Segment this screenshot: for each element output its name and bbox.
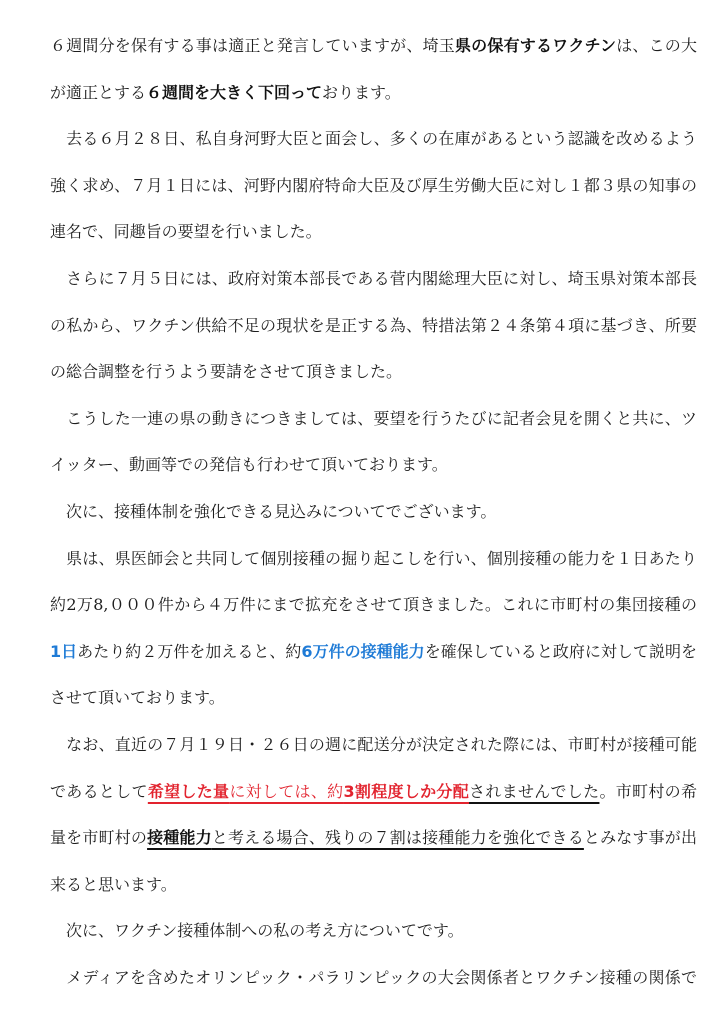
text-line: 量を市町村の接種能力と考える場合、残りの７割は接種能力を強化できるとみなす事が出 <box>50 815 697 862</box>
text-segment: おります。 <box>322 83 401 102</box>
text-line: ６週間分を保有する事は適正と発言していますが、埼玉県の保有するワクチンは、この大… <box>50 23 697 70</box>
text-line: であるとして希望した量に対しては、約3割程度しか分配されませんでした。市町村の希… <box>50 769 697 816</box>
text-line: 次に、ワクチン接種体制への私の考え方についてです。 <box>50 908 697 955</box>
text-line: 去る６月２８日、私自身河野大臣と面会し、多くの在庫があるという認識を改めるよう <box>50 116 697 163</box>
emphasis-bold-underlined: 接種能力 <box>147 828 212 847</box>
text-line: 県は、県医師会と共同して個別接種の掘り起こしを行い、個別接種の能力を１日あたり <box>50 536 697 583</box>
text-segment: 来ると思います。 <box>50 875 177 894</box>
text-line: さらに７月５日には、政府対策本部長である菅内閣総理大臣に対し、埼玉県対策本部長 <box>50 256 697 303</box>
text-line: 強く求め、７月１日には、河野内閣府特命大臣及び厚生労働大臣に対し１都３県の知事の <box>50 163 697 210</box>
document-page: ６週間分を保有する事は適正と発言していますが、埼玉県の保有するワクチンは、この大… <box>50 23 697 1001</box>
text-line: の総合調整を行うよう要請をさせて頂きました。 <box>50 349 697 396</box>
text-segment: 量を市町村の <box>50 828 147 847</box>
highlight-red-underlined: 希望した量 <box>148 782 230 801</box>
text-segment: なお、直近の７月１９日・２６日の週に配送分が決定された際には、市町村が接種可能 <box>50 735 697 754</box>
paragraph-vaccination-capacity: 県は、県医師会と共同して個別接種の掘り起こしを行い、個別接種の能力を１日あたり … <box>50 536 697 722</box>
highlight-red-underlined: に対しては、約 <box>229 782 343 801</box>
highlight-red-underlined: 3割程度しか分配 <box>343 782 469 801</box>
text-line: メディアを含めたオリンピック・パラリンピックの大会関係者とワクチン接種の関係で <box>50 955 697 1002</box>
text-line: なお、直近の７月１９日・２６日の週に配送分が決定された際には、市町村が接種可能 <box>50 722 697 769</box>
text-segment: が適正とする <box>50 83 146 102</box>
text-line: させて頂いております。 <box>50 675 697 722</box>
text-segment: あたり約２万件を加えると、約 <box>77 642 301 661</box>
text-segment: こうした一連の県の動きにつきましては、要望を行うたびに記者会見を開くと共に、ツ <box>50 409 697 428</box>
text-line: 約2万8,０００件から４万件にまで拡充をさせて頂きました。これに市町村の集団接種… <box>50 582 697 629</box>
paragraph-allocation-shortfall: なお、直近の７月１９日・２６日の週に配送分が決定された際には、市町村が接種可能 … <box>50 722 697 908</box>
paragraph-press-activity: こうした一連の県の動きにつきましては、要望を行うたびに記者会見を開くと共に、ツ … <box>50 396 697 489</box>
underlined-text: と考える場合、残りの７割は接種能力を強化できる <box>212 828 584 847</box>
text-segment: メディアを含めたオリンピック・パラリンピックの大会関係者とワクチン接種の関係で <box>50 968 697 987</box>
text-segment: ６週間分を保有する事は適正と発言していますが、埼玉 <box>50 36 455 55</box>
text-segment: 約2万8,０００件から４万件にまで拡充をさせて頂きました。これに市町村の集団接種… <box>50 595 697 614</box>
text-line: 次に、接種体制を強化できる見込みについてでございます。 <box>50 489 697 536</box>
paragraph-june-28-meeting: 去る６月２８日、私自身河野大臣と面会し、多くの在庫があるという認識を改めるよう … <box>50 116 697 256</box>
emphasis-bold: ６週間を大きく下回って <box>146 83 322 102</box>
text-segment: を確保していると政府に対して説明を <box>425 642 697 661</box>
paragraph-next-topic-policy: 次に、ワクチン接種体制への私の考え方についてです。 <box>50 908 697 955</box>
text-segment: イッター、動画等での発信も行わせて頂いております。 <box>50 455 448 474</box>
text-segment: とみなす事が出 <box>584 828 697 847</box>
text-segment: 去る６月２８日、私自身河野大臣と面会し、多くの在庫があるという認識を改めるよう <box>50 129 697 148</box>
text-line: イッター、動画等での発信も行わせて頂いております。 <box>50 442 697 489</box>
text-segment: 次に、ワクチン接種体制への私の考え方についてです。 <box>50 921 464 940</box>
highlight-blue: 1日 <box>50 642 77 661</box>
paragraph-olympics-media: メディアを含めたオリンピック・パラリンピックの大会関係者とワクチン接種の関係で <box>50 955 697 1002</box>
text-segment: 連名で、同趣旨の要望を行いました。 <box>50 222 322 241</box>
emphasis-bold: 県の保有するワクチン <box>455 36 616 55</box>
text-segment: であるとして <box>50 782 148 801</box>
text-line: 来ると思います。 <box>50 862 697 909</box>
text-segment: の総合調整を行うよう要請をさせて頂きました。 <box>50 362 402 381</box>
text-line: こうした一連の県の動きにつきましては、要望を行うたびに記者会見を開くと共に、ツ <box>50 396 697 443</box>
text-segment: 次に、接種体制を強化できる見込みについてでございます。 <box>50 502 496 521</box>
highlight-blue: 6万件の接種能力 <box>301 642 424 661</box>
text-line: が適正とする６週間を大きく下回っております。 <box>50 70 697 117</box>
text-segment: 強く求め、７月１日には、河野内閣府特命大臣及び厚生労働大臣に対し１都３県の知事の <box>50 176 697 195</box>
text-segment: の私から、ワクチン供給不足の現状を是正する為、特措法第２４条第４項に基づき、所要 <box>50 316 697 335</box>
text-segment: 県は、県医師会と共同して個別接種の掘り起こしを行い、個別接種の能力を１日あたり <box>50 549 697 568</box>
paragraph-july-5-request: さらに７月５日には、政府対策本部長である菅内閣総理大臣に対し、埼玉県対策本部長 … <box>50 256 697 396</box>
text-line: の私から、ワクチン供給不足の現状を是正する為、特措法第２４条第４項に基づき、所要 <box>50 303 697 350</box>
underlined-text: されませんでした <box>469 782 599 801</box>
text-segment: させて頂いております。 <box>50 688 225 707</box>
text-segment: さらに７月５日には、政府対策本部長である菅内閣総理大臣に対し、埼玉県対策本部長 <box>50 269 697 288</box>
paragraph-vaccine-stock: ６週間分を保有する事は適正と発言していますが、埼玉県の保有するワクチンは、この大… <box>50 23 697 116</box>
text-line: 連名で、同趣旨の要望を行いました。 <box>50 209 697 256</box>
text-line: 1日あたり約２万件を加えると、約6万件の接種能力を確保していると政府に対して説明… <box>50 629 697 676</box>
paragraph-next-topic-capacity: 次に、接種体制を強化できる見込みについてでございます。 <box>50 489 697 536</box>
